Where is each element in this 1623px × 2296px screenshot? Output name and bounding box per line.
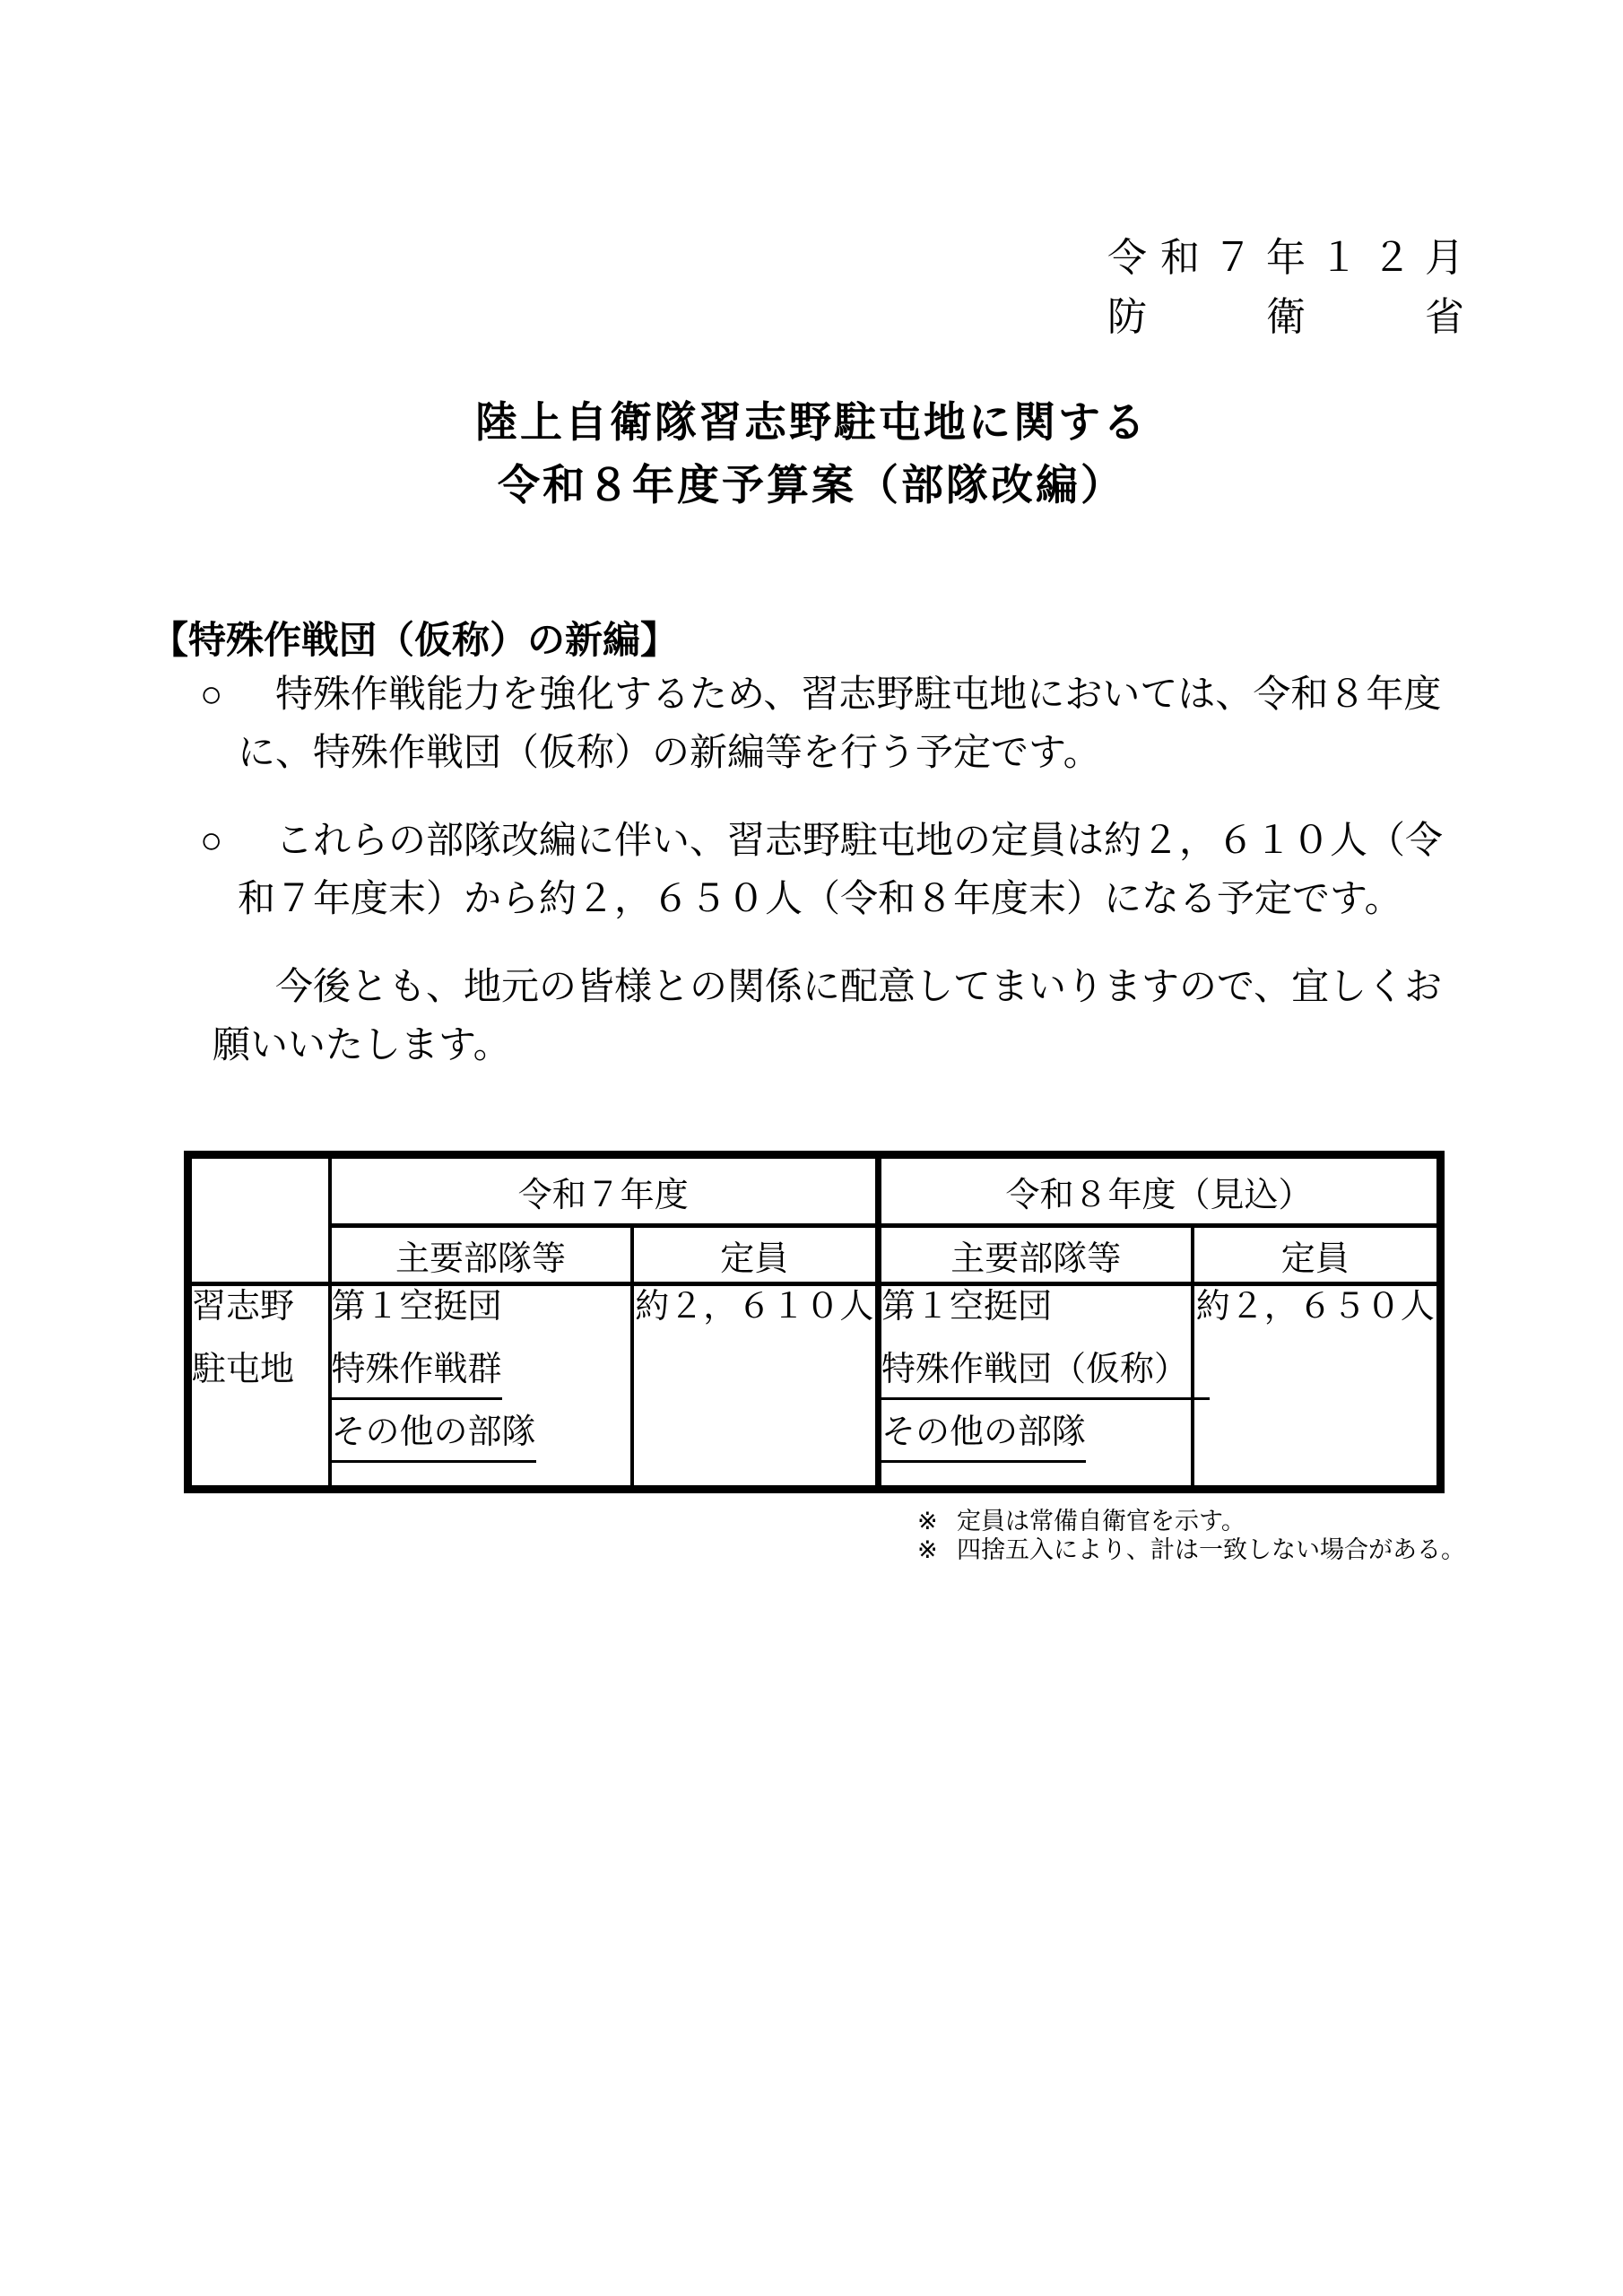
fy7-unit-1: 第１空挺団 xyxy=(332,1286,630,1349)
footnote-2: ※四捨五入により、計は一致しない場合がある。 xyxy=(917,1535,1465,1564)
table-header-fy8-capacity: 定員 xyxy=(1193,1226,1441,1284)
garrison-label-cell: 習志野 駐屯地 xyxy=(188,1284,330,1490)
table-footnotes: ※定員は常備自衛官を示す。 ※四捨五入により、計は一致しない場合がある。 xyxy=(917,1507,1465,1564)
table-header-fy8: 令和８年度（見込） xyxy=(879,1155,1441,1226)
garrison-name-line-1: 習志野 xyxy=(192,1286,328,1349)
document-title: 陸上自衛隊習志野駐屯地に関する 令和８年度予算案（部隊改編） xyxy=(0,391,1623,517)
table-header-fy7: 令和７年度 xyxy=(330,1155,879,1226)
bullet-2-line-2: 和７年度末）から約２，６５０人（令和８年度末）になる予定です。 xyxy=(238,877,1402,922)
garrison-budget-table: 令和７年度 令和８年度（見込） 主要部隊等 定員 主要部隊等 定員 習志野 駐屯… xyxy=(184,1151,1445,1493)
table-header-fy8-units: 主要部隊等 xyxy=(879,1226,1193,1284)
document-page: 令 和 ７ 年 １ ２ 月 防 衛 省 陸上自衛隊習志野駐屯地に関する 令和８年… xyxy=(0,0,1623,2296)
ministry-line: 防 衛 省 xyxy=(1107,288,1464,347)
fy8-unit-2: 特殊作戦団（仮称） xyxy=(881,1349,1210,1400)
bullet-circle-icon: ○ xyxy=(200,673,275,717)
fy8-capacity-value: 約２，６５０人 xyxy=(1194,1286,1437,1349)
bullet-1-text: 特殊作戦能力を強化するため、習志野駐屯地においては、令和８年度 xyxy=(275,674,1441,716)
reference-mark-icon: ※ xyxy=(917,1507,957,1535)
bullet-circle-icon: ○ xyxy=(200,819,275,864)
bullet-1-line-1: ○特殊作戦能力を強化するため、習志野駐屯地においては、令和８年度 xyxy=(200,673,1441,717)
document-header: 令 和 ７ 年 １ ２ 月 防 衛 省 xyxy=(1107,229,1464,347)
table-header-fy7-capacity: 定員 xyxy=(632,1226,879,1284)
title-line-1: 陸上自衛隊習志野駐屯地に関する xyxy=(0,391,1623,454)
table-corner-cell xyxy=(188,1155,330,1284)
bullet-2-text: これらの部隊改編に伴い、習志野駐屯地の定員は約２，６１０人（令 xyxy=(275,821,1443,862)
fy7-capacity-cell: 約２，６１０人 xyxy=(632,1284,879,1490)
bullet-2-line-1: ○これらの部隊改編に伴い、習志野駐屯地の定員は約２，６１０人（令 xyxy=(200,819,1443,864)
bullet-1-line-2: に、特殊作戦団（仮称）の新編等を行う予定です。 xyxy=(238,731,1101,776)
title-line-2: 令和８年度予算案（部隊改編） xyxy=(0,454,1623,517)
reference-mark-icon: ※ xyxy=(917,1535,957,1564)
closing-line-2: 願いいたします。 xyxy=(213,1023,511,1068)
table-header-fy7-units: 主要部隊等 xyxy=(330,1226,632,1284)
footnote-1: ※定員は常備自衛官を示す。 xyxy=(917,1507,1465,1535)
fy7-units-cell: 第１空挺団 特殊作戦群 その他の部隊 xyxy=(330,1284,632,1490)
footnote-1-text: 定員は常備自衛官を示す。 xyxy=(957,1508,1245,1535)
fy7-capacity-value: 約２，６１０人 xyxy=(634,1286,876,1349)
table-row: 習志野 駐屯地 第１空挺団 特殊作戦群 その他の部隊 約２，６１０人 第１空挺団… xyxy=(188,1284,1441,1490)
fy8-unit-3: その他の部隊 xyxy=(881,1412,1086,1463)
section-heading: 【特殊作戦団（仮称）の新編】 xyxy=(151,619,678,662)
fy8-unit-1: 第１空挺団 xyxy=(881,1286,1191,1349)
footnote-2-text: 四捨五入により、計は一致しない場合がある。 xyxy=(957,1536,1465,1563)
fy8-capacity-cell: 約２，６５０人 xyxy=(1193,1284,1441,1490)
fy8-units-cell: 第１空挺団 特殊作戦団（仮称） その他の部隊 xyxy=(879,1284,1193,1490)
fy7-unit-2: 特殊作戦群 xyxy=(332,1349,502,1400)
fy7-unit-3: その他の部隊 xyxy=(332,1412,536,1463)
closing-line-1: 今後とも、地元の皆様との関係に配意してまいりますので、宜しくお xyxy=(275,965,1442,1010)
garrison-name-line-2: 駐屯地 xyxy=(192,1349,328,1412)
date-line: 令 和 ７ 年 １ ２ 月 xyxy=(1107,229,1464,288)
